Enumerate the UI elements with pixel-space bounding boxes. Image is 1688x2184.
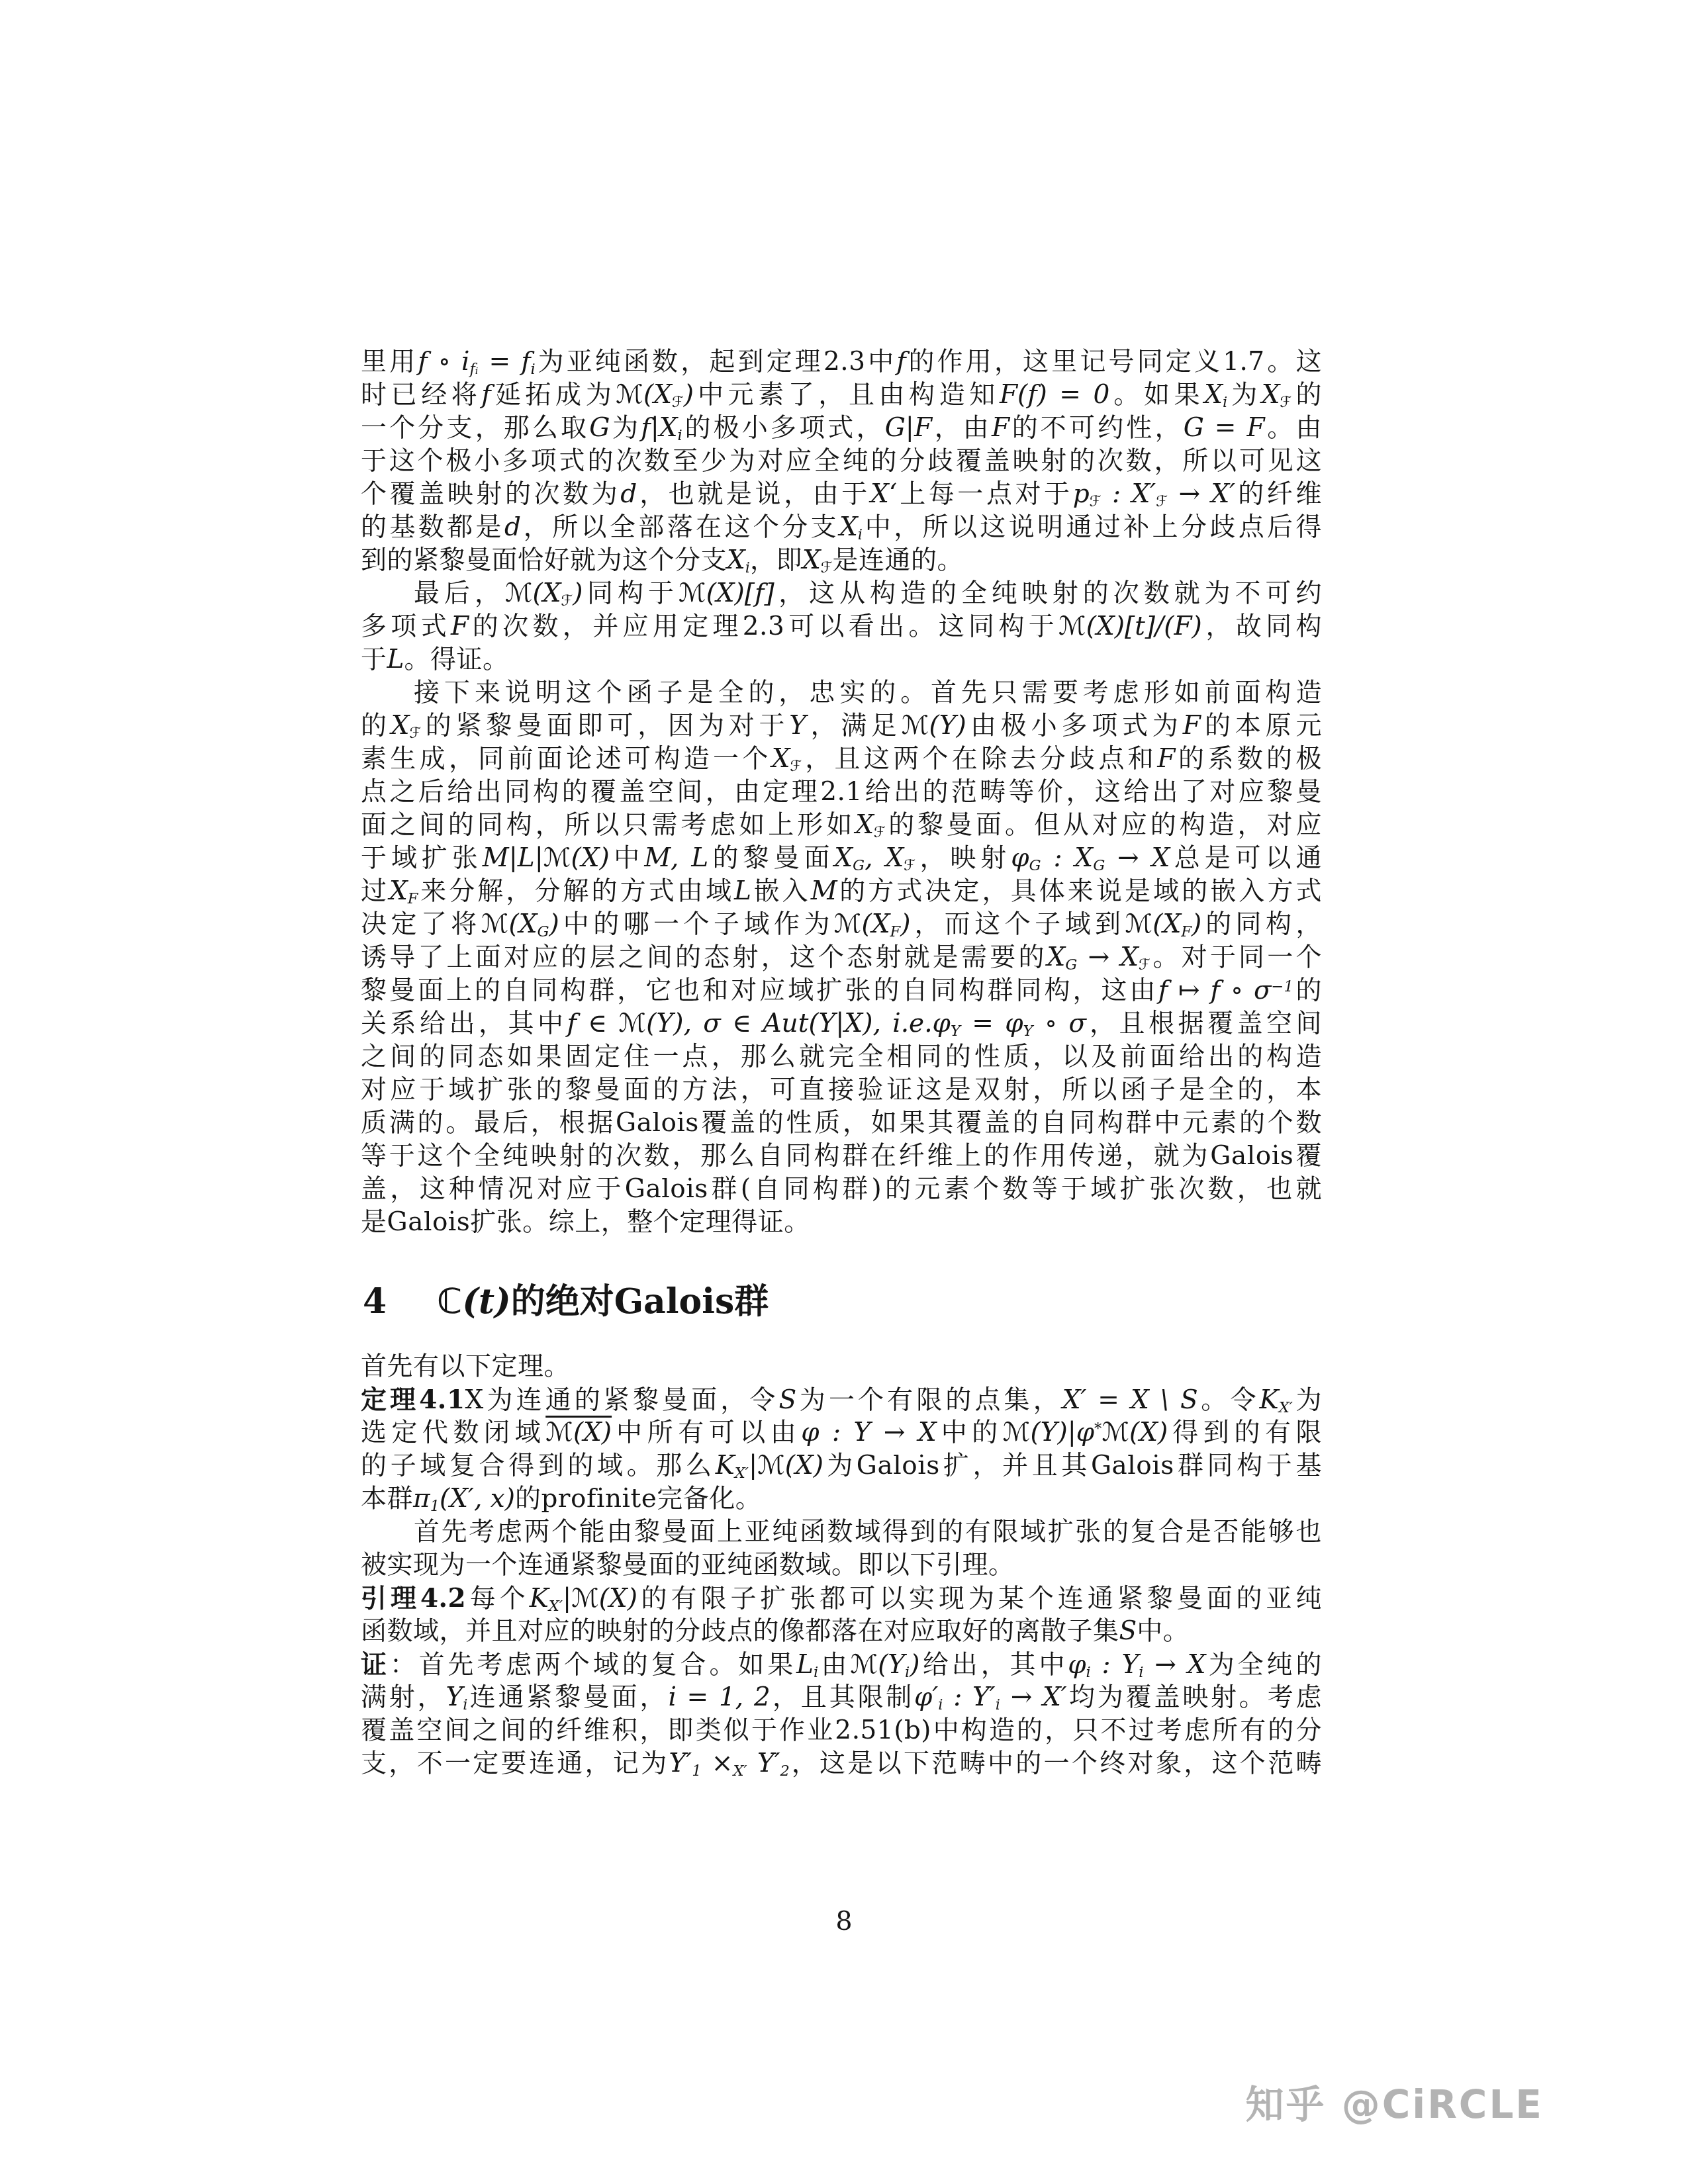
text-line: 被实现为一个连通紧黎曼面的亚纯函数域。即以下引理。 xyxy=(361,1549,1322,1582)
text-line: 选定代数闭域ℳ(X)中所有可以由φ : Y → X中的ℳ(Y)|φ*ℳ(X)得到… xyxy=(361,1416,1322,1449)
text-line: 盖，这种情况对应于Galois群(自同构群)的元素个数等于域扩张次数，也就 xyxy=(361,1173,1322,1206)
text-line: 于域扩张M|L|ℳ(X)中M, L的黎曼面XG, Xℱ，映射φG : XG → … xyxy=(361,842,1322,875)
text-line: 素生成，同前面论述可构造一个Xℱ，且这两个在除去分歧点和F的系数的极 xyxy=(361,743,1322,776)
text-line: 满射，Yi连通紧黎曼面，i = 1, 2，且其限制φ′i : Y′i → X′均… xyxy=(361,1681,1322,1714)
text-line: 接下来说明这个函子是全的，忠实的。首先只需要考虑形如前面构造 xyxy=(361,676,1322,709)
text-line: 的Xℱ的紧黎曼面即可，因为对于Y，满足ℳ(Y)由极小多项式为F的本原元 xyxy=(361,709,1322,743)
text-line: 覆盖空间之间的纤维积，即类似于作业2.51(b)中构造的，只不过考虑所有的分 xyxy=(361,1714,1322,1747)
text-line: 里用f ∘ ifᵢ = fi为亚纯函数，起到定理2.3中f的作用，这里记号同定义… xyxy=(361,345,1322,379)
section-title: ℂ(t)的绝对Galois群 xyxy=(437,1281,769,1322)
text-line: 多项式F的次数，并应用定理2.3可以看出。这同构于ℳ(X)[t]/(F)，故同构 xyxy=(361,610,1322,643)
text-line: 质满的。最后，根据Galois覆盖的性质，如果其覆盖的自同构群中元素的个数 xyxy=(361,1107,1322,1140)
text-line: 关系给出，其中f ∈ ℳ(Y), σ ∈ Aut(Y|X), i.e.φY = … xyxy=(361,1007,1322,1040)
text-line: 之间的同态如果固定住一点，那么就完全相同的性质，以及前面给出的构造 xyxy=(361,1040,1322,1073)
text-line: 于这个极小多项式的次数至少为对应全纯的分歧覆盖映射的次数，所以可见这 xyxy=(361,445,1322,478)
watermark: 知乎 @CiRCLE xyxy=(1246,2083,1544,2126)
text-line: 首先考虑两个能由黎曼面上亚纯函数域得到的有限域扩张的复合是否能够也 xyxy=(361,1516,1322,1549)
text-line: 函数域，并且对应的映射的分歧点的像都落在对应取好的离散子集S中。 xyxy=(361,1615,1322,1648)
text-line: 一个分支，那么取G为f|Xi的极小多项式，G|F，由F的不可约性，G = F。由 xyxy=(361,412,1322,445)
text-line: 黎曼面上的自同构群，它也和对应域扩张的自同构群同构，这由f ↦ f ∘ σ−1的 xyxy=(361,974,1322,1007)
text-line: 的子域复合得到的域。那么KX′|ℳ(X)为Galois扩，并且其Galois群同… xyxy=(361,1449,1322,1482)
section-number: 4 xyxy=(363,1281,387,1322)
text-line: 决定了将ℳ(XG)中的哪一个子域作为ℳ(XF)，而这个子域到ℳ(XF)的同构， xyxy=(361,908,1322,941)
page-number: 8 xyxy=(0,1905,1688,1938)
text-line: 时已经将f延拓成为ℳ(Xℱ)中元素了，且由构造知F(f) = 0。如果Xi为Xℱ… xyxy=(361,379,1322,412)
text-line: 对应于域扩张的黎曼面的方法，可直接验证这是双射，所以函子是全的，本 xyxy=(361,1073,1322,1107)
text-line: 个覆盖映射的次数为d，也就是说，由于X‘上每一点对于pℱ : X′ℱ → X′的… xyxy=(361,478,1322,511)
text-line: 点之后给出同构的覆盖空间，由定理2.1给出的范畴等价，这给出了对应黎曼 xyxy=(361,776,1322,809)
text-line: 证：首先考虑两个域的复合。如果Li由ℳ(Yi)给出，其中φi : Yi → X为… xyxy=(361,1648,1322,1681)
text-line: 面之间的同构，所以只需考虑如上形如Xℱ的黎曼面。但从对应的构造，对应 xyxy=(361,809,1322,842)
text-line: 于L。得证。 xyxy=(361,643,1322,676)
text-line: 诱导了上面对应的层之间的态射，这个态射就是需要的XG → Xℱ。对于同一个 xyxy=(361,941,1322,974)
text-line: 最后，ℳ(Xℱ)同构于ℳ(X)[f]，这从构造的全纯映射的次数就为不可约 xyxy=(361,577,1322,610)
text-line: 定理4.1X为连通的紧黎曼面，令S为一个有限的点集，X′ = X \ S。令KX… xyxy=(361,1383,1322,1416)
body-text-block-top: 里用f ∘ ifᵢ = fi为亚纯函数，起到定理2.3中f的作用，这里记号同定义… xyxy=(361,345,1322,1239)
document-page: 里用f ∘ ifᵢ = fi为亚纯函数，起到定理2.3中f的作用，这里记号同定义… xyxy=(0,0,1688,2184)
text-line: 的基数都是d，所以全部落在这个分支Xi中，所以这说明通过补上分歧点后得 xyxy=(361,511,1322,544)
text-line: 支，不一定要连通，记为Y′1 ×X′ Y′2，这是以下范畴中的一个终对象，这个范… xyxy=(361,1747,1322,1780)
text-line: 引理4.2每个KX′|ℳ(X)的有限子扩张都可以实现为某个连通紧黎曼面的亚纯 xyxy=(361,1582,1322,1615)
text-line: 等于这个全纯映射的次数，那么自同构群在纤维上的作用传递，就为Galois覆 xyxy=(361,1140,1322,1173)
body-text-block-bottom: 首先有以下定理。定理4.1X为连通的紧黎曼面，令S为一个有限的点集，X′ = X… xyxy=(361,1350,1322,1780)
text-line: 是Galois扩张。综上，整个定理得证。 xyxy=(361,1206,1322,1239)
section-heading: 4 ℂ(t)的绝对Galois群 xyxy=(363,1283,769,1321)
text-line: 首先有以下定理。 xyxy=(361,1350,1322,1383)
text-line: 到的紧黎曼面恰好就为这个分支Xi，即Xℱ是连通的。 xyxy=(361,544,1322,577)
text-line: 过XF来分解，分解的方式由域L嵌入M的方式决定，具体来说是域的嵌入方式 xyxy=(361,875,1322,908)
text-line: 本群π1(X′, x)的profinite完备化。 xyxy=(361,1482,1322,1516)
